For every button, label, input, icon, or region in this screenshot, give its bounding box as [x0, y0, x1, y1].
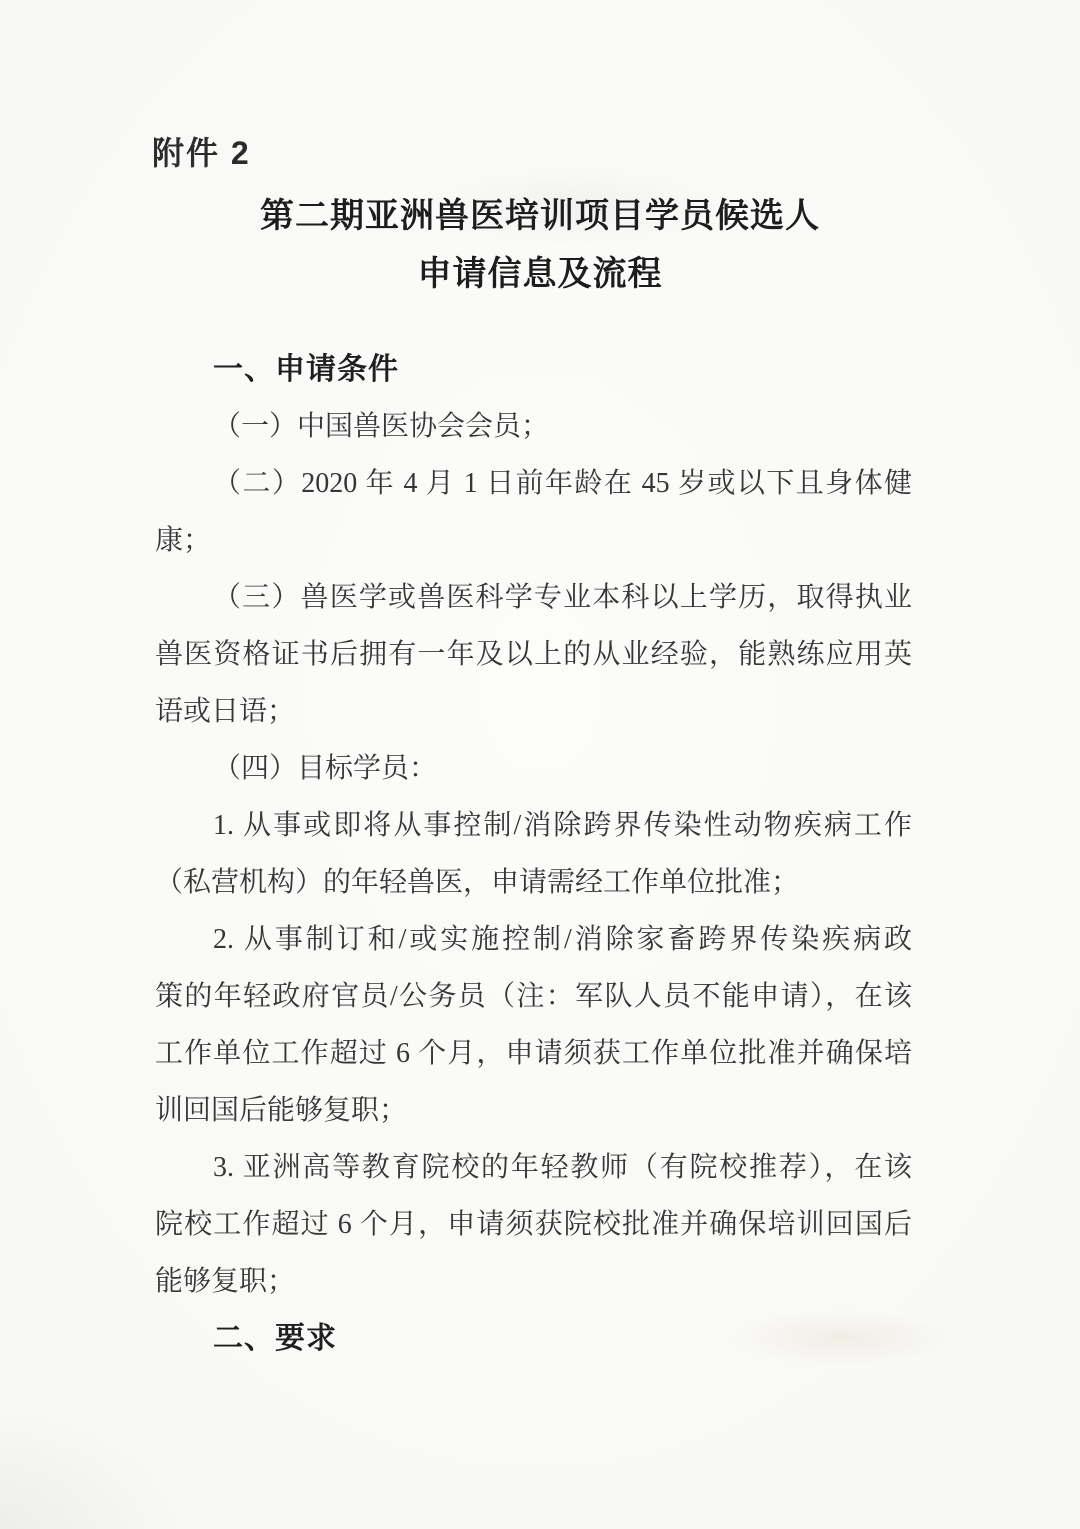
- body-line: 院校工作超过 6 个月，申请须获院校批准并确保培训回国后: [155, 1196, 912, 1253]
- body-line: 能够复职；: [155, 1253, 912, 1310]
- document-body: 一、申请条件 （一）中国兽医协会会员； （二）2020 年 4 月 1 日前年龄…: [155, 341, 912, 1367]
- body-line: 康；: [155, 512, 912, 569]
- document-page: 附件 2 第二期亚洲兽医培训项目学员候选人 申请信息及流程 一、申请条件 （一）…: [0, 0, 1080, 1529]
- section-heading-2: 二、要求: [155, 1310, 912, 1367]
- document-title: 第二期亚洲兽医培训项目学员候选人 申请信息及流程: [0, 188, 1080, 304]
- body-line: 2. 从事制订和/或实施控制/消除家畜跨界传染疾病政: [155, 911, 912, 968]
- body-line: （私营机构）的年轻兽医，申请需经工作单位批准；: [155, 854, 912, 911]
- body-line: （四）目标学员：: [155, 740, 912, 797]
- attachment-label: 附件 2: [152, 128, 251, 174]
- body-line: （二）2020 年 4 月 1 日前年龄在 45 岁或以下且身体健: [155, 455, 912, 512]
- document-title-line-1: 第二期亚洲兽医培训项目学员候选人: [0, 188, 1080, 246]
- body-line: 策的年轻政府官员/公务员（注：军队人员不能申请），在该: [155, 968, 912, 1025]
- body-line: 工作单位工作超过 6 个月，申请须获工作单位批准并确保培: [155, 1025, 912, 1082]
- section-heading-1: 一、申请条件: [155, 341, 912, 398]
- body-line: 1. 从事或即将从事控制/消除跨界传染性动物疾病工作: [155, 797, 912, 854]
- body-line: （一）中国兽医协会会员；: [155, 398, 912, 455]
- body-line: 兽医资格证书后拥有一年及以上的从业经验，能熟练应用英: [155, 626, 912, 683]
- body-line: 语或日语；: [155, 683, 912, 740]
- document-title-line-2: 申请信息及流程: [0, 246, 1080, 304]
- body-line: 训回国后能够复职；: [155, 1082, 912, 1139]
- body-line: 3. 亚洲高等教育院校的年轻教师（有院校推荐），在该: [155, 1139, 912, 1196]
- body-line: （三）兽医学或兽医科学专业本科以上学历，取得执业: [155, 569, 912, 626]
